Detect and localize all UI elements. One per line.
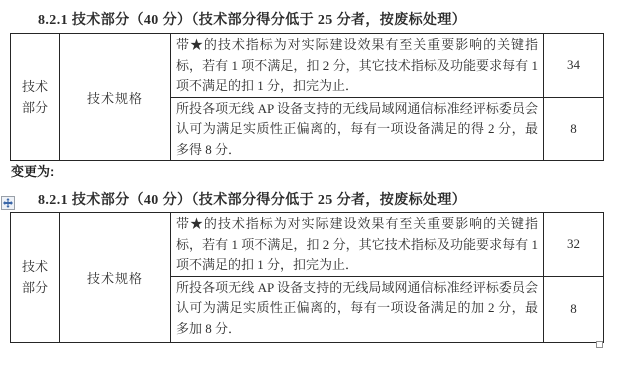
criteria-cell: 所投各项无线 AP 设备支持的无线局域网通信标准经评标委员会认可为满足实质性正偏… (171, 276, 544, 342)
score-cell: 34 (544, 34, 604, 98)
score-table-before: 技术部分 技术规格 带★的技术指标为对实际建设效果有至关重要影响的关键指标，若有… (10, 33, 604, 161)
document-page: 8.2.1 技术部分（40 分）（技术部分得分低于 25 分者，按废标处理） 技… (0, 0, 625, 375)
section-heading-before: 8.2.1 技术部分（40 分）（技术部分得分低于 25 分者，按废标处理） (38, 9, 466, 29)
table-move-handle[interactable] (1, 196, 15, 210)
score-cell: 8 (544, 97, 604, 161)
table-row: 技术部分 技术规格 带★的技术指标为对实际建设效果有至关重要影响的关键指标，若有… (11, 213, 604, 277)
subcategory-cell: 技术规格 (60, 34, 171, 161)
category-cell: 技术部分 (11, 213, 60, 343)
subcategory-cell: 技术规格 (60, 213, 171, 343)
score-cell: 8 (544, 276, 604, 342)
score-table-after: 技术部分 技术规格 带★的技术指标为对实际建设效果有至关重要影响的关键指标，若有… (10, 212, 604, 343)
table-row: 技术部分 技术规格 带★的技术指标为对实际建设效果有至关重要影响的关键指标，若有… (11, 34, 604, 98)
category-cell: 技术部分 (11, 34, 60, 161)
criteria-cell: 带★的技术指标为对实际建设效果有至关重要影响的关键指标，若有 1 项不满足，扣 … (171, 213, 544, 277)
criteria-cell: 所投各项无线 AP 设备支持的无线局域网通信标准经评标委员会认可为满足实质性正偏… (171, 97, 544, 161)
criteria-cell: 带★的技术指标为对实际建设效果有至关重要影响的关键指标，若有 1 项不满足，扣 … (171, 34, 544, 98)
section-heading-after: 8.2.1 技术部分（40 分）（技术部分得分低于 25 分者，按废标处理） (38, 189, 466, 209)
table-resize-handle[interactable] (596, 341, 603, 348)
move-arrow-icon (3, 198, 13, 208)
change-label: 变更为: (11, 161, 54, 180)
category-label: 技术部分 (20, 256, 50, 298)
score-cell: 32 (544, 213, 604, 277)
category-label: 技术部分 (20, 76, 50, 118)
